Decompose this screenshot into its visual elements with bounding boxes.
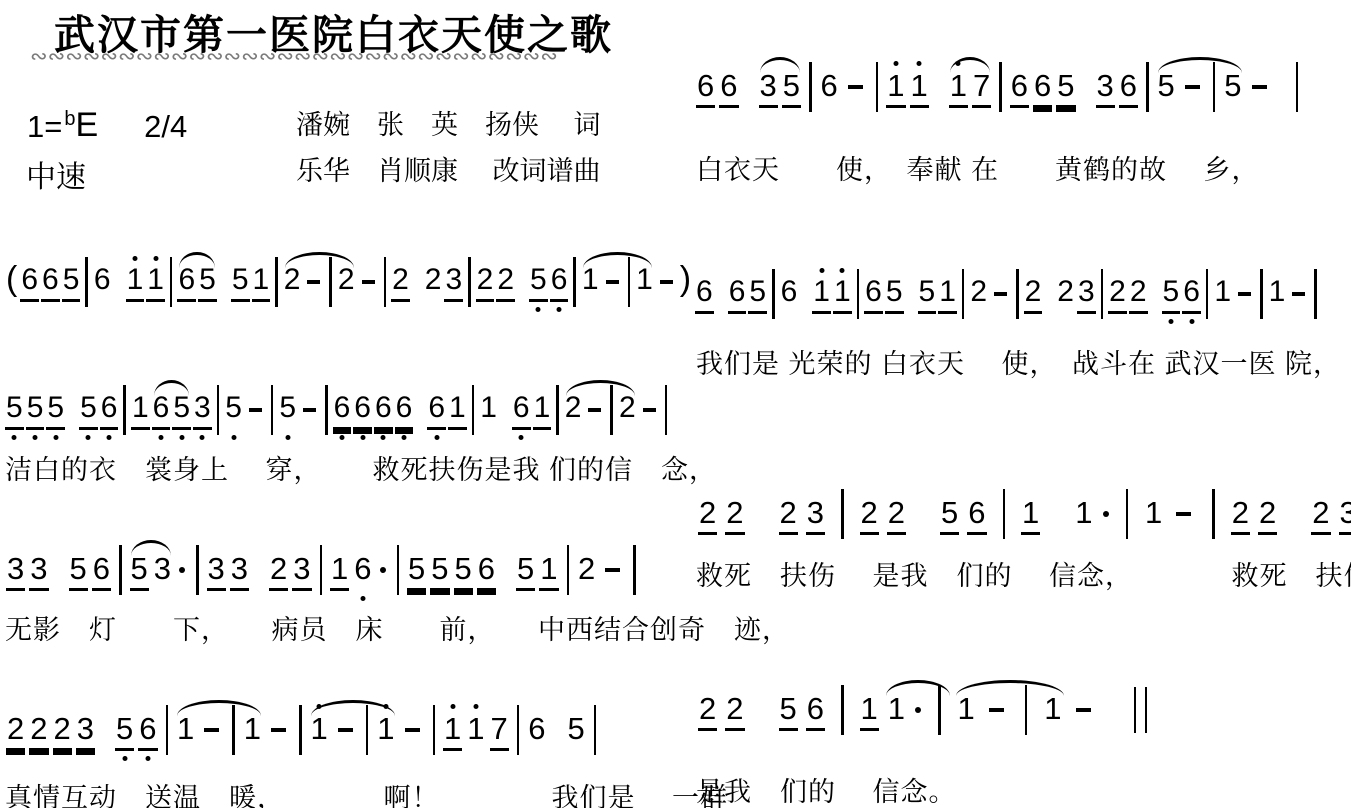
note: 1 bbox=[1043, 693, 1062, 728]
note: 2 bbox=[391, 265, 410, 299]
barline bbox=[325, 385, 328, 435]
tie-group: 1 bbox=[883, 678, 953, 742]
note: 2 bbox=[1311, 497, 1330, 532]
augmentation-dot bbox=[179, 567, 185, 573]
note: 1 bbox=[146, 265, 165, 299]
barline bbox=[196, 545, 199, 595]
note: 3 bbox=[193, 393, 212, 427]
tie-group: 22 bbox=[282, 250, 357, 314]
lyric-line-right-3: 救死 扶伤 是我 们的 信念， 救死 扶伤 bbox=[696, 554, 1351, 593]
note: 1 bbox=[887, 693, 906, 728]
note: 1 bbox=[833, 277, 852, 311]
octave-dot-low bbox=[1168, 319, 1173, 324]
time-signature: 2/4 bbox=[144, 109, 187, 145]
note: 5 bbox=[430, 553, 449, 588]
barline bbox=[962, 269, 965, 319]
duration-dash bbox=[307, 280, 320, 284]
octave-dot-low bbox=[107, 435, 112, 440]
note: 5 bbox=[1223, 70, 1242, 105]
note: 6 bbox=[353, 553, 372, 588]
barline bbox=[633, 545, 636, 595]
note: 5 bbox=[198, 265, 217, 299]
note: 1 bbox=[479, 393, 498, 427]
tie-group: 53 bbox=[128, 538, 175, 602]
note: 1 bbox=[1074, 497, 1093, 532]
note: 1 bbox=[581, 265, 600, 299]
octave-dot-high bbox=[893, 61, 898, 66]
duration-dash bbox=[605, 568, 620, 572]
note: 5 bbox=[529, 265, 548, 299]
octave-dot-high bbox=[153, 256, 158, 261]
notation-line-left-4: 222356111111765 bbox=[4, 698, 602, 762]
note: 7 bbox=[490, 713, 509, 748]
note: 6 bbox=[477, 553, 496, 588]
note: 5 bbox=[918, 277, 937, 311]
barline bbox=[271, 385, 274, 435]
octave-dot-low bbox=[33, 435, 38, 440]
note: 2 bbox=[269, 553, 288, 588]
octave-dot-low bbox=[145, 756, 150, 761]
duration-dash bbox=[1076, 708, 1091, 712]
barline bbox=[809, 62, 812, 112]
note: 2 bbox=[476, 265, 495, 299]
octave-dot-low bbox=[401, 435, 406, 440]
note: 2 bbox=[1258, 497, 1277, 532]
tie-group: 11 bbox=[953, 678, 1067, 742]
barline bbox=[573, 257, 576, 307]
barline bbox=[1126, 489, 1129, 539]
augmentation-dot bbox=[1103, 511, 1109, 517]
note: 1 bbox=[1144, 497, 1163, 532]
octave-dot-low bbox=[557, 307, 562, 312]
note: 2 bbox=[53, 713, 72, 748]
octave-dot-low bbox=[519, 435, 524, 440]
duration-dash bbox=[338, 728, 353, 732]
note: 3 bbox=[444, 265, 463, 299]
octave-dot-low bbox=[53, 435, 58, 440]
note: 1 bbox=[310, 713, 329, 748]
note: 1 bbox=[539, 553, 558, 588]
note: 5 bbox=[567, 713, 586, 748]
note: 5 bbox=[748, 277, 767, 311]
note: 1 bbox=[886, 70, 905, 105]
notation-line-right-1: 6635611176653655 bbox=[694, 55, 1304, 119]
barline bbox=[85, 257, 88, 307]
note: 2 bbox=[779, 497, 798, 532]
note: 2 bbox=[725, 693, 744, 728]
barline bbox=[841, 489, 844, 539]
barline bbox=[1016, 269, 1019, 319]
note: 2 bbox=[698, 497, 717, 532]
note: 6 bbox=[550, 265, 569, 299]
note: 5 bbox=[407, 553, 426, 588]
barline bbox=[1212, 489, 1215, 539]
duration-dash bbox=[405, 728, 420, 732]
barline bbox=[384, 257, 387, 307]
composer-credit: 乐华 肖顺康 改词谱曲 bbox=[296, 149, 601, 188]
notation-line-left-3: 3356533323165556512 bbox=[4, 538, 642, 602]
lyric-line-right-1: 白衣天 使， 奉献 在 黄鹤的故 乡， bbox=[696, 148, 1260, 187]
barline bbox=[1146, 62, 1149, 112]
duration-dash bbox=[1252, 85, 1267, 89]
note: 3 bbox=[1339, 497, 1351, 532]
note: 6 bbox=[967, 497, 986, 532]
note: 3 bbox=[153, 553, 172, 588]
note: 2 bbox=[1056, 277, 1075, 311]
note: 1 bbox=[126, 265, 145, 299]
duration-dash bbox=[848, 85, 863, 89]
octave-dot-low bbox=[231, 435, 236, 440]
note: 6 bbox=[427, 393, 446, 427]
tempo-marking: 中速 bbox=[26, 152, 86, 196]
note: 2 bbox=[1231, 497, 1250, 532]
octave-dot-low bbox=[285, 435, 290, 440]
note: 3 bbox=[29, 553, 48, 588]
octave-dot-high bbox=[840, 268, 845, 273]
duration-dash bbox=[643, 408, 656, 412]
barline bbox=[119, 545, 122, 595]
note: 6 bbox=[20, 265, 39, 299]
duration-dash bbox=[303, 408, 316, 412]
note: 1 bbox=[466, 713, 485, 748]
duration-dash bbox=[1292, 292, 1305, 296]
note: 1 bbox=[448, 393, 467, 427]
tie-group: 17 bbox=[947, 55, 994, 119]
barline bbox=[166, 705, 169, 755]
duration-dash bbox=[994, 292, 1007, 296]
octave-dot-low bbox=[1189, 319, 1194, 324]
note: 1 bbox=[252, 265, 271, 299]
barline bbox=[517, 705, 520, 755]
note: 5 bbox=[115, 713, 134, 748]
tie-group: 11 bbox=[174, 698, 264, 762]
augmentation-dot bbox=[915, 707, 921, 713]
note: 2 bbox=[698, 693, 717, 728]
barline bbox=[433, 705, 436, 755]
note: 6 bbox=[177, 265, 196, 299]
note: 2 bbox=[1129, 277, 1148, 311]
note: 1 bbox=[949, 70, 968, 105]
note: 5 bbox=[5, 393, 24, 427]
note: 6 bbox=[719, 70, 738, 105]
octave-dot-high bbox=[317, 704, 322, 709]
octave-dot-high bbox=[132, 256, 137, 261]
flat-accidental: b bbox=[64, 108, 75, 131]
note: 3 bbox=[806, 497, 825, 532]
note: 1 bbox=[938, 277, 957, 311]
note: 2 bbox=[860, 497, 879, 532]
note: 1 bbox=[443, 713, 462, 748]
duration-dash bbox=[271, 728, 286, 732]
octave-dot-high bbox=[819, 268, 824, 273]
lyric-line-right-4: 是我 们的 信念。 bbox=[696, 770, 957, 808]
note: 6 bbox=[1010, 70, 1029, 105]
note: 1 bbox=[957, 693, 976, 728]
augmentation-dot bbox=[380, 567, 386, 573]
note: 2 bbox=[496, 265, 515, 299]
note: 6 bbox=[41, 265, 60, 299]
note: 3 bbox=[759, 70, 778, 105]
note: 2 bbox=[577, 553, 596, 588]
final-double-barline bbox=[1134, 687, 1147, 733]
barline bbox=[123, 385, 126, 435]
barline bbox=[472, 385, 475, 435]
octave-dot-low bbox=[339, 435, 344, 440]
note: 6 bbox=[353, 393, 372, 427]
lyric-line-left-3: 无影 灯 下， 病员 床 前， 中西结合创奇 迹， bbox=[5, 608, 790, 647]
note: 5 bbox=[1162, 277, 1181, 311]
barline bbox=[1260, 269, 1263, 319]
note: 1 bbox=[131, 393, 150, 427]
barline bbox=[468, 257, 471, 307]
note: 2 bbox=[1108, 277, 1127, 311]
note: 5 bbox=[940, 497, 959, 532]
octave-dot-low bbox=[200, 435, 205, 440]
note: 5 bbox=[62, 265, 81, 299]
note: 2 bbox=[29, 713, 48, 748]
octave-dot-low bbox=[434, 435, 439, 440]
note: 6 bbox=[1182, 277, 1201, 311]
note: 5 bbox=[224, 393, 243, 427]
octave-dot-high bbox=[450, 704, 455, 709]
note: 3 bbox=[230, 553, 249, 588]
close-paren: ) bbox=[680, 260, 691, 299]
key-and-time-signature: 1=bE 2/4 bbox=[27, 106, 187, 145]
duration-dash bbox=[588, 408, 601, 412]
note: 6 bbox=[333, 393, 352, 427]
duration-dash bbox=[249, 408, 262, 412]
barline bbox=[397, 545, 400, 595]
ornament-divider: ∾∾∾∾∾∾∾∾∾∾∾∾∾∾∾∾∾∾∾∾∾∾∾∾∾∾∾∾∾∾ bbox=[30, 44, 558, 68]
note: 1 bbox=[1213, 277, 1232, 311]
note: 1 bbox=[812, 277, 831, 311]
barline bbox=[217, 385, 220, 435]
open-paren: ( bbox=[6, 260, 17, 299]
barline bbox=[1206, 269, 1209, 319]
note: 5 bbox=[46, 393, 65, 427]
note: 6 bbox=[695, 277, 714, 311]
duration-dash bbox=[989, 708, 1004, 712]
tie-group: 22 bbox=[563, 378, 638, 442]
note: 6 bbox=[1119, 70, 1138, 105]
note: 2 bbox=[564, 393, 583, 427]
octave-dot-low bbox=[360, 596, 365, 601]
barline bbox=[841, 685, 844, 735]
note: 6 bbox=[820, 70, 839, 105]
lyric-line-left-2: 洁白的衣 裳身上 穿， 救死扶伤是我 们的信 念， bbox=[5, 448, 717, 487]
duration-dash bbox=[204, 728, 219, 732]
tie-group: 65 bbox=[176, 250, 217, 314]
note: 1 bbox=[376, 713, 395, 748]
note: 5 bbox=[454, 553, 473, 588]
barline bbox=[1003, 489, 1006, 539]
note: 3 bbox=[292, 553, 311, 588]
note: 1 bbox=[330, 553, 349, 588]
note: 2 bbox=[725, 497, 744, 532]
octave-dot-low bbox=[360, 435, 365, 440]
note: 6 bbox=[527, 713, 546, 748]
note: 2 bbox=[887, 497, 906, 532]
notation-line-left-2: 5555616535566666116122 bbox=[4, 378, 671, 442]
note: 5 bbox=[79, 393, 98, 427]
lyric-line-right-2: 我们是 光荣的 白衣天 使， 战斗在 武汉一医 院， bbox=[696, 342, 1341, 381]
octave-dot-low bbox=[158, 435, 163, 440]
note: 5 bbox=[1157, 70, 1176, 105]
note: 1 bbox=[860, 693, 879, 728]
note: 2 bbox=[969, 277, 988, 311]
octave-dot-low bbox=[122, 756, 127, 761]
barline bbox=[1101, 269, 1104, 319]
octave-dot-high bbox=[956, 61, 961, 66]
note: 2 bbox=[618, 393, 637, 427]
tie-group: 65 bbox=[151, 378, 192, 442]
tie-group: 55 bbox=[1155, 55, 1245, 119]
note: 3 bbox=[1096, 70, 1115, 105]
note: 6 bbox=[93, 265, 112, 299]
notation-line-right-4: 22561111 bbox=[694, 678, 1155, 742]
duration-dash bbox=[606, 280, 619, 284]
octave-dot-low bbox=[86, 435, 91, 440]
note: 1 bbox=[635, 265, 654, 299]
barline bbox=[567, 545, 570, 595]
barline bbox=[299, 705, 302, 755]
note: 1 bbox=[176, 713, 195, 748]
barline bbox=[772, 269, 775, 319]
barline bbox=[594, 705, 597, 755]
note: 7 bbox=[972, 70, 991, 105]
note: 6 bbox=[138, 713, 157, 748]
barline bbox=[170, 257, 173, 307]
note: 6 bbox=[728, 277, 747, 311]
note: 1 bbox=[1021, 497, 1040, 532]
note: 6 bbox=[696, 70, 715, 105]
note: 6 bbox=[806, 693, 825, 728]
note: 6 bbox=[374, 393, 393, 427]
note: 1 bbox=[243, 713, 262, 748]
note: 6 bbox=[92, 553, 111, 588]
duration-dash bbox=[660, 280, 673, 284]
notation-line-right-2: 66561165512223225611 bbox=[694, 262, 1321, 326]
note: 6 bbox=[100, 393, 119, 427]
note: 6 bbox=[152, 393, 171, 427]
octave-dot-low bbox=[179, 435, 184, 440]
note: 3 bbox=[1077, 277, 1096, 311]
tie-group: 11 bbox=[580, 250, 655, 314]
barline bbox=[665, 385, 668, 435]
barline bbox=[857, 269, 860, 319]
note: 1 bbox=[1268, 277, 1287, 311]
lyricist-credit: 潘婉 张 英 扬侠 词 bbox=[296, 103, 601, 142]
note: 5 bbox=[1056, 70, 1075, 105]
octave-dot-low bbox=[536, 307, 541, 312]
note: 5 bbox=[779, 693, 798, 728]
barline bbox=[999, 62, 1002, 112]
duration-dash bbox=[1238, 292, 1251, 296]
note: 5 bbox=[26, 393, 45, 427]
duration-dash bbox=[362, 280, 375, 284]
notation-line-right-3: 222322561112223 bbox=[694, 482, 1351, 546]
note: 5 bbox=[69, 553, 88, 588]
note: 6 bbox=[1033, 70, 1052, 105]
barline bbox=[275, 257, 278, 307]
note: 1 bbox=[533, 393, 552, 427]
note: 3 bbox=[207, 553, 226, 588]
note: 3 bbox=[76, 713, 95, 748]
note: 2 bbox=[6, 713, 25, 748]
octave-dot-high bbox=[473, 704, 478, 709]
note: 2 bbox=[283, 265, 302, 299]
note: 3 bbox=[6, 553, 25, 588]
sheet-music-page: 武汉市第一医院白衣天使之歌 ∾∾∾∾∾∾∾∾∾∾∾∾∾∾∾∾∾∾∾∾∾∾∾∾∾∾… bbox=[0, 0, 1351, 808]
note: 5 bbox=[516, 553, 535, 588]
barline bbox=[1314, 269, 1317, 319]
note: 5 bbox=[782, 70, 801, 105]
note: 2 bbox=[424, 265, 443, 299]
note: 5 bbox=[231, 265, 250, 299]
note: 5 bbox=[130, 553, 149, 588]
key-letter: E bbox=[75, 106, 98, 145]
lyric-line-left-4: 真情互动 送温 暖， 啊！ 我们是 一群 bbox=[5, 776, 728, 808]
tie-group: 35 bbox=[757, 55, 804, 119]
note: 5 bbox=[278, 393, 297, 427]
duration-dash bbox=[1176, 512, 1191, 516]
note: 1 bbox=[910, 70, 929, 105]
tie-group: 11 bbox=[308, 698, 398, 762]
octave-dot-low bbox=[381, 435, 386, 440]
barline bbox=[556, 385, 559, 435]
note: 6 bbox=[395, 393, 414, 427]
key-prefix: 1= bbox=[27, 109, 62, 145]
note: 6 bbox=[864, 277, 883, 311]
note: 2 bbox=[337, 265, 356, 299]
barline bbox=[1296, 62, 1299, 112]
note: 5 bbox=[172, 393, 191, 427]
note: 6 bbox=[512, 393, 531, 427]
octave-dot-low bbox=[12, 435, 17, 440]
note: 2 bbox=[1024, 277, 1043, 311]
octave-dot-high bbox=[383, 704, 388, 709]
barline bbox=[320, 545, 323, 595]
barline bbox=[876, 62, 879, 112]
notation-line-intro: (665611655122223225611) bbox=[4, 250, 693, 314]
note: 5 bbox=[885, 277, 904, 311]
duration-dash bbox=[1185, 85, 1200, 89]
octave-dot-high bbox=[917, 61, 922, 66]
note: 6 bbox=[780, 277, 799, 311]
